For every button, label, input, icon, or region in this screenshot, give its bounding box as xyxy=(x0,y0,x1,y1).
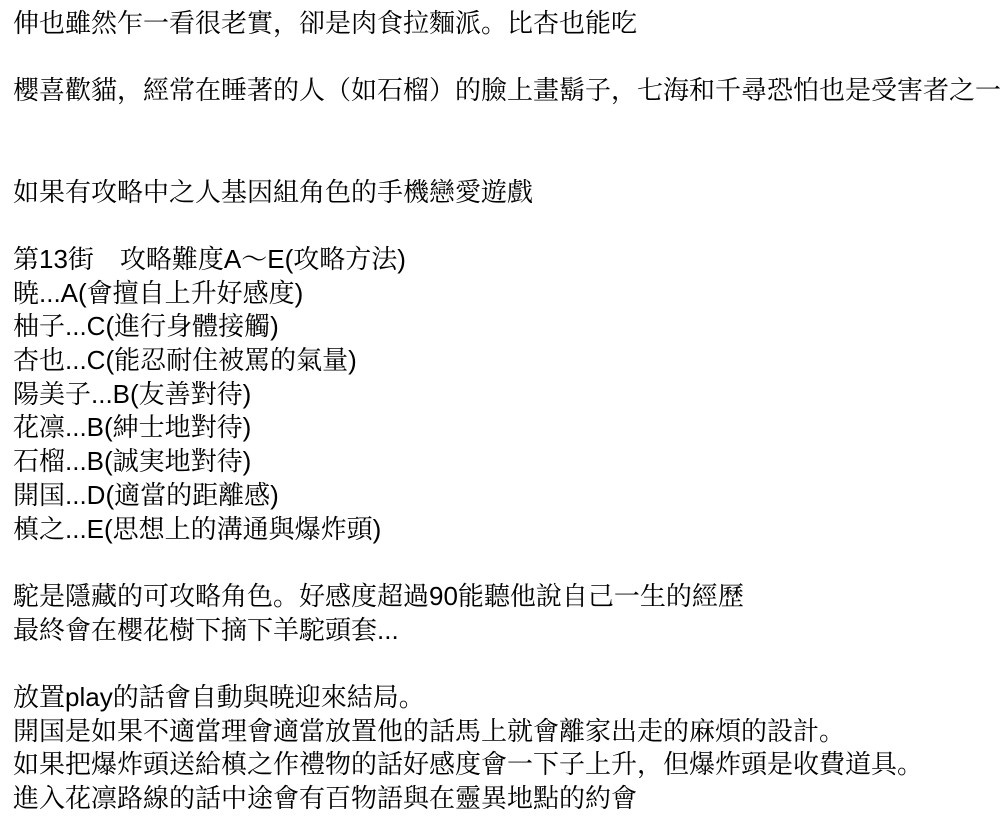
text-line: 駝是隱藏的可攻略角色。好感度超過90能聽他說自己一生的經歷 xyxy=(13,580,996,614)
text-line: 柚子...C(進行身體接觸) xyxy=(13,310,996,344)
blank-line xyxy=(13,647,996,681)
text-line: 第13街 攻略難度A～E(攻略方法) xyxy=(13,243,996,277)
blank-line xyxy=(13,209,996,243)
document-page: 伸也雖然乍一看很老實，卻是肉食拉麵派。比杏也能吃 櫻喜歡貓，經常在睡著的人（如石… xyxy=(0,0,1000,817)
text-line: 如果把爆炸頭送給槙之作禮物的話好感度會一下子上升，但爆炸頭是收費道具。 xyxy=(13,748,996,782)
text-line: 放置play的話會自動與暁迎來結局。 xyxy=(13,681,996,715)
text-line: 石榴...B(誠実地對待) xyxy=(13,445,996,479)
text-line: 槙之...E(思想上的溝通與爆炸頭) xyxy=(13,513,996,547)
text-line: 開国是如果不適當理會適當放置他的話馬上就會離家出走的麻煩的設計。 xyxy=(13,715,996,749)
blank-line xyxy=(13,142,996,176)
text-line: 開国...D(適當的距離感) xyxy=(13,479,996,513)
text-line: 杏也...C(能忍耐住被罵的氣量) xyxy=(13,344,996,378)
text-line: 櫻喜歡貓，經常在睡著的人（如石榴）的臉上畫鬍子，七海和千尋恐怕也是受害者之一 xyxy=(13,74,996,108)
blank-line xyxy=(13,546,996,580)
text-line: 陽美子...B(友善對待) xyxy=(13,378,996,412)
text-line: 最終會在櫻花樹下摘下羊駝頭套... xyxy=(13,614,996,648)
text-line: 暁...A(會擅自上升好感度) xyxy=(13,277,996,311)
text-line: 伸也雖然乍一看很老實，卻是肉食拉麵派。比杏也能吃 xyxy=(13,7,996,41)
text-line: 如果有攻略中之人基因組角色的手機戀愛遊戲 xyxy=(13,176,996,210)
text-line: 花凛...B(紳士地對待) xyxy=(13,411,996,445)
blank-line xyxy=(13,108,996,142)
text-lines: 伸也雖然乍一看很老實，卻是肉食拉麵派。比杏也能吃 櫻喜歡貓，經常在睡著的人（如石… xyxy=(13,7,996,816)
blank-line xyxy=(13,41,996,75)
text-line: 進入花凛路線的話中途會有百物語與在靈異地點的約會 xyxy=(13,782,996,816)
